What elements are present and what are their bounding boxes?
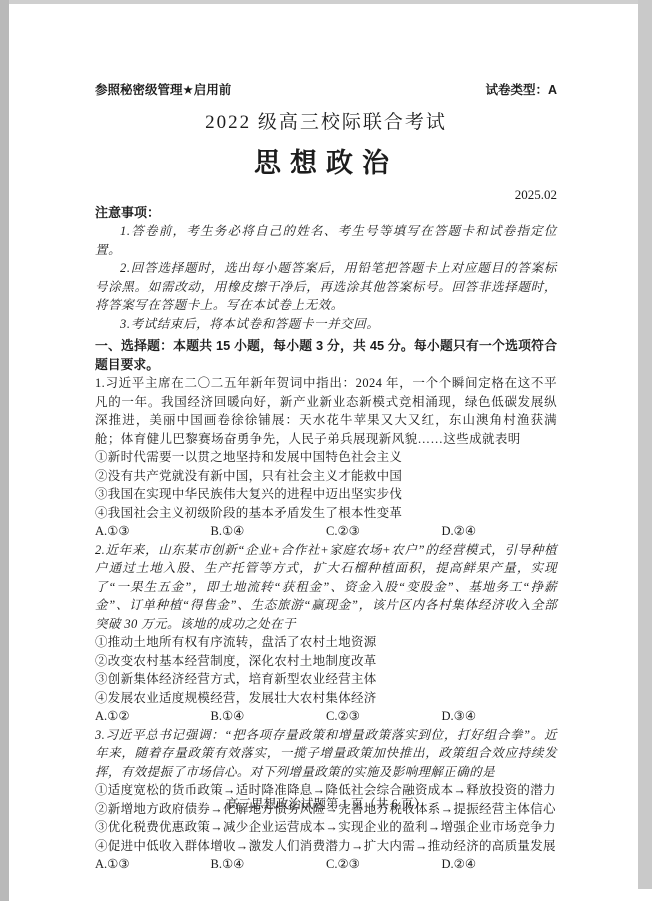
question-1-choice-c: C.②③ (326, 522, 442, 541)
question-2-choice-c: C.②③ (326, 707, 442, 726)
question-3-choice-a: A.①③ (95, 855, 211, 874)
exam-paper-page: 参照秘密级管理★启用前 试卷类型：A 2022 级高三校际联合考试 思想政治 2… (0, 0, 652, 901)
question-1-option-1: ①新时代需要一以贯之地坚持和发展中国特色社会主义 (95, 448, 557, 467)
question-2-option-1: ①推动土地所有权有序流转，盘活了农村土地资源 (95, 633, 557, 652)
notice-item-2: 2.回答选择题时，选出每小题答案后，用铅笔把答题卡上对应题目的答案标号涂黑。如需… (95, 259, 557, 315)
notice-item-3: 3.考试结束后，将本试卷和答题卡一并交回。 (95, 315, 557, 334)
question-3-option-3: ③优化税费优惠政策→减少企业运营成本→实现企业的盈利→增强企业市场竞争力 (95, 818, 557, 837)
question-3-choice-d: D.②④ (442, 855, 558, 874)
question-3-stem: 3.习近平总书记强调：“把各项存量政策和增量政策落实到位，打好组合拳”。近年来，… (95, 726, 557, 782)
question-3-option-4: ④促进中低收入群体增收→激发人们消费潜力→扩大内需→推动经济的高质量发展 (95, 837, 557, 856)
question-2-choice-a: A.①② (95, 707, 211, 726)
question-1-option-3: ③我国在实现中华民族伟大复兴的进程中迈出坚实步伐 (95, 485, 557, 504)
question-2-option-4: ④发展农业适度规模经营，发展壮大农村集体经济 (95, 689, 557, 708)
question-1-option-4: ④我国社会主义初级阶段的基本矛盾发生了根本性变革 (95, 504, 557, 523)
page-content: 参照秘密级管理★启用前 试卷类型：A 2022 级高三校际联合考试 思想政治 2… (95, 80, 557, 874)
exam-date: 2025.02 (95, 186, 557, 203)
page-footer: 高三思想政治试题第 1 页（共 6 页） (95, 794, 557, 812)
subject-title: 思想政治 (95, 141, 557, 180)
question-3-choice-b: B.①④ (211, 855, 327, 874)
paper-type-label: 试卷类型：A (485, 80, 557, 98)
scan-edge-left (0, 0, 9, 901)
question-1-stem: 1.习近平主席在二〇二五年新年贺词中指出：2024 年，一个个瞬间定格在这不平凡… (95, 374, 557, 448)
question-3-choice-c: C.②③ (326, 855, 442, 874)
security-notice: 参照秘密级管理★启用前 (95, 80, 231, 98)
scan-edge-right (638, 0, 652, 889)
question-1-option-2: ②没有共产党就没有新中国，只有社会主义才能救中国 (95, 467, 557, 486)
question-2-choices: A.①② B.①④ C.②③ D.③④ (95, 707, 557, 726)
question-1-choice-a: A.①③ (95, 522, 211, 541)
notice-item-1: 1.答卷前，考生务必将自己的姓名、考生号等填写在答题卡和试卷指定位置。 (95, 222, 557, 259)
notice-title: 注意事项： (95, 203, 557, 222)
scan-edge-top (0, 0, 652, 4)
question-2-choice-d: D.③④ (442, 707, 558, 726)
question-2-stem: 2.近年来，山东某市创新“企业+合作社+家庭农场+农户”的经营模式，引导种植户通… (95, 541, 557, 634)
section-heading: 一、选择题：本题共 15 小题，每小题 3 分，共 45 分。每小题只有一个选项… (95, 336, 557, 374)
question-2-option-2: ②改变农村基本经营制度，深化农村土地制度改革 (95, 652, 557, 671)
question-3-choices: A.①③ B.①④ C.②③ D.②④ (95, 855, 557, 874)
question-2-choice-b: B.①④ (211, 707, 327, 726)
document-header: 参照秘密级管理★启用前 试卷类型：A (95, 80, 557, 98)
question-1-choice-b: B.①④ (211, 522, 327, 541)
exam-title: 2022 级高三校际联合考试 (95, 107, 557, 134)
question-1-choice-d: D.②④ (442, 522, 558, 541)
question-1-choices: A.①③ B.①④ C.②③ D.②④ (95, 522, 557, 541)
question-2-option-3: ③创新集体经济经营方式，培育新型农业经营主体 (95, 670, 557, 689)
